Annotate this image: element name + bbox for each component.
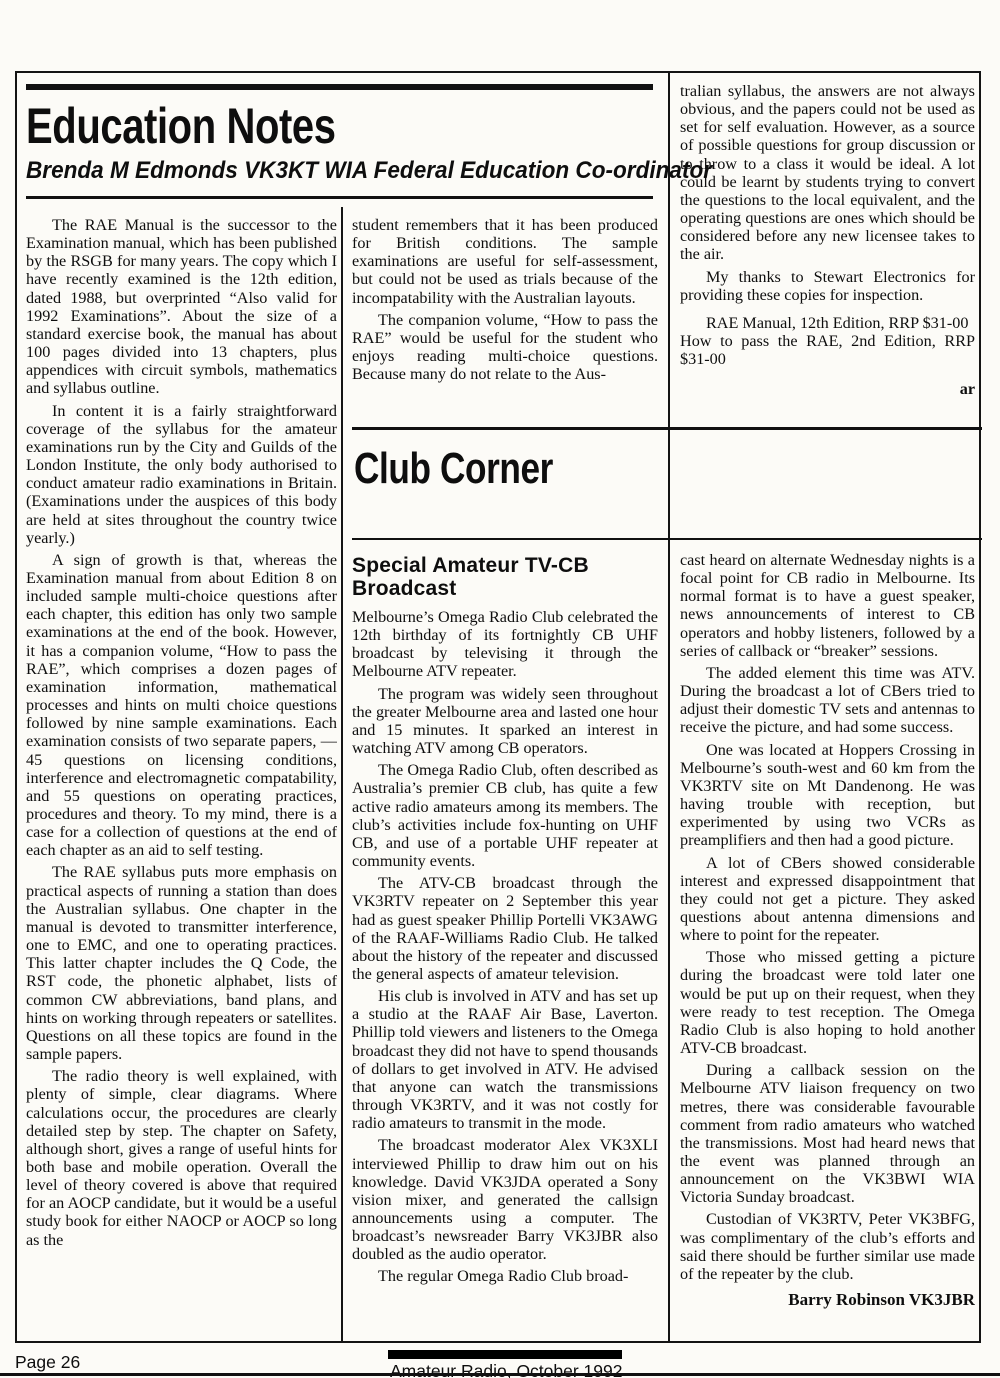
paragraph: Those who missed getting a picture durin… xyxy=(680,948,975,1057)
club-corner-top-rule xyxy=(352,427,982,430)
header-bottom-rule xyxy=(26,196,653,199)
author-byline: Barry Robinson VK3JBR xyxy=(680,1291,975,1309)
club-corner-bottom-rule xyxy=(352,538,982,540)
footer-bar xyxy=(388,1350,622,1359)
education-notes-header: Education Notes Brenda M Edmonds VK3KT W… xyxy=(26,84,653,199)
club-corner-title: Club Corner xyxy=(354,447,553,491)
paragraph: In content it is a fairly straightforwar… xyxy=(26,402,337,547)
column-divider-right xyxy=(668,73,670,1341)
page-number: Page 26 xyxy=(15,1352,80,1373)
reference-line: How to pass the RAE, 2nd Edition, RRP $3… xyxy=(680,332,975,368)
header-top-rule xyxy=(26,84,653,90)
education-notes-column-1: The RAE Manual is the successor to the E… xyxy=(26,216,337,1338)
paragraph: The RAE Manual is the successor to the E… xyxy=(26,216,337,398)
paragraph: Melbourne’s Omega Radio Club celebrated … xyxy=(352,608,658,681)
club-corner-subhead: Special Amateur TV-CB Broadcast xyxy=(352,554,658,600)
paragraph: A sign of growth is that, whereas the Ex… xyxy=(26,551,337,860)
paragraph: The added element this time was ATV. Dur… xyxy=(680,664,975,737)
education-notes-column-2: student remembers that it has been produ… xyxy=(352,216,658,416)
magazine-page: Education Notes Brenda M Edmonds VK3KT W… xyxy=(0,0,1000,1378)
paragraph: One was located at Hoppers Crossing in M… xyxy=(680,741,975,850)
paragraph: The broadcast moderator Alex VK3XLI inte… xyxy=(352,1136,658,1263)
paragraph: The ATV-CB broadcast through the VK3RTV … xyxy=(352,874,658,983)
club-corner-column-2: cast heard on alternate Wednesday nights… xyxy=(680,551,975,1329)
paragraph: The program was widely seen throughout t… xyxy=(352,685,658,758)
paragraph: tralian syllabus, the answers are not al… xyxy=(680,82,975,264)
page-bottom-edge xyxy=(0,1373,1000,1376)
paragraph: The regular Omega Radio Club broad- xyxy=(352,1267,658,1285)
paragraph: The radio theory is well explained, with… xyxy=(26,1067,337,1249)
paragraph: My thanks to Stewart Electronics for pro… xyxy=(680,268,975,304)
paragraph: student remembers that it has been produ… xyxy=(352,216,658,307)
paragraph: cast heard on alternate Wednesday nights… xyxy=(680,551,975,660)
paragraph: The RAE syllabus puts more emphasis on p… xyxy=(26,863,337,1063)
column-divider-left xyxy=(341,207,343,1341)
paragraph: During a callback session on the Melbour… xyxy=(680,1061,975,1206)
education-notes-byline: Brenda M Edmonds VK3KT WIA Federal Educa… xyxy=(26,158,615,184)
education-notes-column-3: tralian syllabus, the answers are not al… xyxy=(680,82,975,418)
paragraph: The companion volume, “How to pass the R… xyxy=(352,311,658,384)
club-corner-column-1: Special Amateur TV-CB Broadcast Melbourn… xyxy=(352,554,658,1342)
reference-line: RAE Manual, 12th Edition, RRP $31-00 xyxy=(680,314,975,332)
paragraph: His club is involved in ATV and has set … xyxy=(352,987,658,1132)
education-notes-title: Education Notes xyxy=(26,101,336,151)
paragraph: A lot of CBers showed considerable inter… xyxy=(680,854,975,945)
paragraph: The Omega Radio Club, often described as… xyxy=(352,761,658,870)
paragraph: Custodian of VK3RTV, Peter VK3BFG, was c… xyxy=(680,1210,975,1283)
article-end-mark: ar xyxy=(680,380,975,398)
